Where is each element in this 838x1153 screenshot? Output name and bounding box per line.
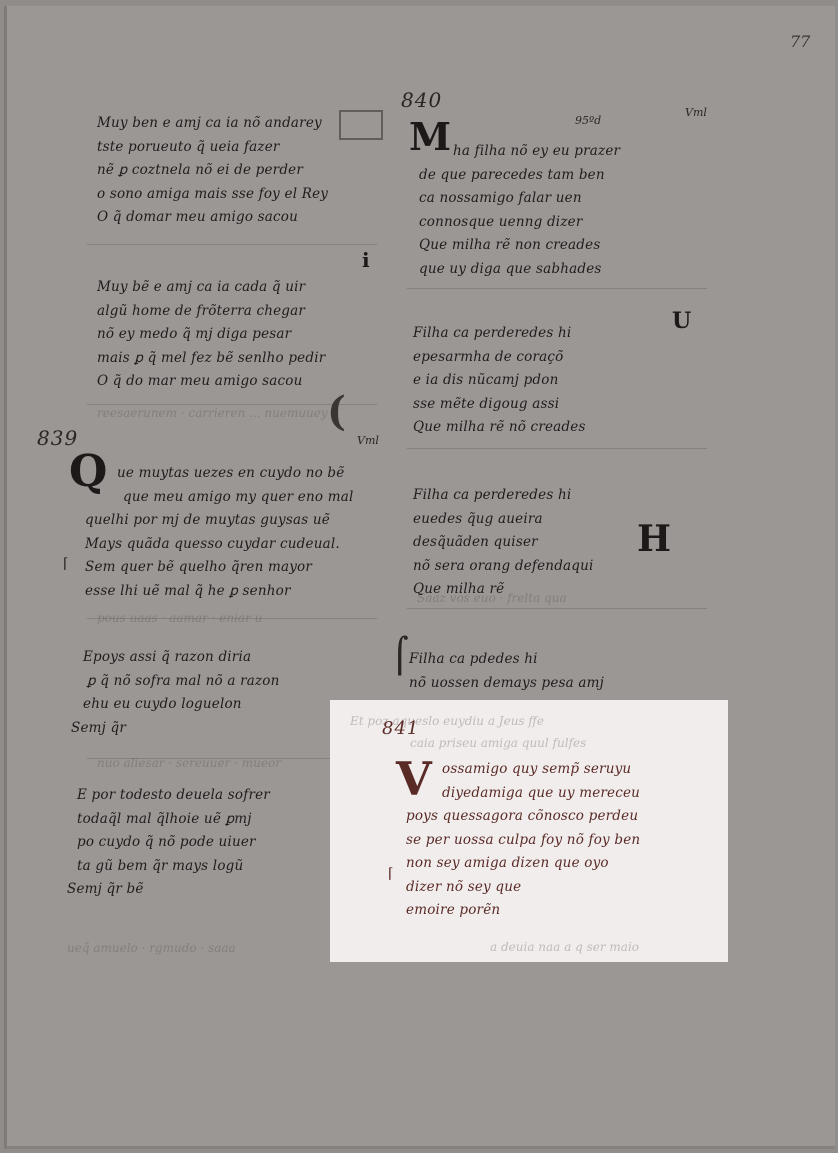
verse-line: todaq̃l mal q̃lhoie uẽ ꝑmj [77,808,270,832]
poem-number: 840 [401,88,442,112]
poem-number: 841 [382,718,419,739]
verse-line: Semj q̃r [71,717,280,741]
folio-number: 77 [790,32,810,51]
verse-line: Que milha rẽ [413,578,594,602]
verse-line: se per uossa culpa foy nõ foy ben [406,829,640,853]
large-initial-q: Q [69,446,107,497]
verse-line: ca nossamigo falar uen [419,187,620,211]
verse-line: ꝑ q̃ nõ sofra mal nõ a razon [87,670,280,694]
verse-line: connosque uenng dizer [419,211,620,235]
verse-line: O q̃ domar meu amigo sacou [97,206,328,230]
stanza: Filha ca perderedes hi epesarmha de cora… [413,322,586,440]
stanza: Filha ca perderedes hi euedes q̃ug aueir… [413,484,594,602]
decorative-initial-i: i [362,248,370,272]
manuscript-page: 77 reesaerunem · carrieren ... nuemuuey … [4,6,835,1149]
verse-line: nõ ey medo q̃ mj diga pesar [97,323,325,347]
bleed-through-text: a deuia naa a q ser maio [490,940,639,954]
verse-line: Mays quãda quesso cuydar cudeual. [85,533,353,557]
verse-line: ue muytas uezes en cuydo no bẽ [117,462,353,486]
stanza: ha filha nõ ey eu prazer de que parecede… [419,140,620,281]
verse-line: nẽ ꝑ coztnela nõ ei de perder [97,159,328,183]
verse-line: desq̃uãden quiser [413,531,594,555]
verse-line: diyedamiga que uy mereceu [442,782,640,806]
verse-line: Filha ca perderedes hi [413,484,594,508]
verse-line: epesarmha de coraçõ [413,346,586,370]
decorative-initial-o: ( [327,388,346,435]
highlighted-poem-region: Et poz aqueslo euydiu a Jeus ffe caia pr… [330,700,728,962]
verse-line: emoire porẽn [406,899,640,923]
verse-line: poys quessagora cõnosco perdeu [406,805,640,829]
ruling-line [407,448,707,449]
stanza: ue muytas uezes en cuydo no bẽ que meu a… [117,462,353,603]
verse-line: esse lhi uẽ mal q̃ he ꝑ senhor [85,580,353,604]
verse-line: Epoys assi q̃ razon diria [83,646,280,670]
stanza: E por todesto deuela sofrer todaq̃l mal … [77,784,270,902]
stanza: Epoys assi q̃ razon diria ꝑ q̃ nõ sofra … [83,646,280,740]
verse-line: de que parecedes tam ben [419,164,620,188]
decorative-initial-h: H [637,518,671,560]
bracket-mark: ⌠ [391,636,409,676]
decorative-initial-outline [339,110,383,140]
verse-line: po cuydo q̃ nõ pode uiuer [77,831,270,855]
verse-line: Semj q̃r bẽ [67,878,270,902]
verse-line: Que milha rẽ non creades [419,234,620,258]
verse-line: mais ꝑ q̃ mel fez bẽ senlho pedir [97,347,325,371]
verse-line: E por todesto deuela sofrer [77,784,270,808]
stanza: Muy ben e amj ca ia nõ andarey tste poru… [97,112,328,230]
bleed-through-text: nuo aliesar · sereuuer · mueor [97,756,281,770]
verse-line: que meu amigo my quer eno mal [123,486,353,510]
verse-line: Muy bẽ e amj ca ia cada q̃ uir [97,276,325,300]
verse-line: ha filha nõ ey eu prazer [453,140,620,164]
margin-note: 95ºd [575,114,601,127]
stanza: Filha ca pdedes hi nõ uossen demays pesa… [409,648,604,695]
verse-line: Filha ca pdedes hi [409,648,604,672]
bleed-through-text: caia priseu amiga quul fulfes [410,736,586,750]
verse-line: sse mẽte digoug assi [413,393,586,417]
verse-line: ossamigo quy semp̃ seruyu [442,758,640,782]
bleed-through-text: reesaerunem · carrieren ... nuemuuey [97,406,328,420]
verse-line: quelhi por mj de muytas guysas uẽ [85,509,353,533]
bleed-through-text: pous uaas · aamar · eniar u [97,611,262,625]
verse-line: nõ sera orang defendaqui [413,555,594,579]
verse-line: algũ home de frõterra chegar [97,300,325,324]
verse-line: nõ uossen demays pesa amj [409,672,604,696]
stanza: ossamigo quy semp̃ seruyu diyedamiga que… [406,758,640,923]
verse-line: que uy diga que sabhades [419,258,620,282]
refrain-mark: ⌈ [63,556,68,572]
verse-line: euedes q̃ug aueira [413,508,594,532]
verse-line: Filha ca perderedes hi [413,322,586,346]
decorative-initial-u: U [672,308,691,334]
verse-line: Sem quer bẽ quelho q̃ren mayor [85,556,353,580]
refrain-mark: ⌈ [388,866,393,882]
verse-line: e ia dis nũcamj pdon [413,369,586,393]
verse-line: ta gũ bem q̃r mays logũ [77,855,270,879]
margin-note: Vml [685,106,707,119]
ruling-line [407,608,707,609]
verse-line: dizer nõ sey que [406,876,640,900]
verse-line: o sono amiga mais sse foy el Rey [97,183,328,207]
verse-line: Muy ben e amj ca ia nõ andarey [97,112,328,136]
verse-line: non sey amiga dizen que oyo [406,852,640,876]
margin-note: Vml [357,434,379,447]
ruling-line [407,288,707,289]
verse-line: tste porueuto q̃ ueia fazer [97,136,328,160]
bleed-through-text: Et poz aqueslo euydiu a Jeus ffe [350,714,544,728]
stanza: Muy bẽ e amj ca ia cada q̃ uir algũ home… [97,276,325,394]
verse-line: ehu eu cuydo loguelon [83,693,280,717]
ruling-line [87,244,377,245]
bleed-through-text: ueq̃ amuelo · rgmudo · saaa [67,941,236,955]
verse-line: O q̃ do mar meu amigo sacou [97,370,325,394]
verse-line: Que milha rẽ nõ creades [413,416,586,440]
